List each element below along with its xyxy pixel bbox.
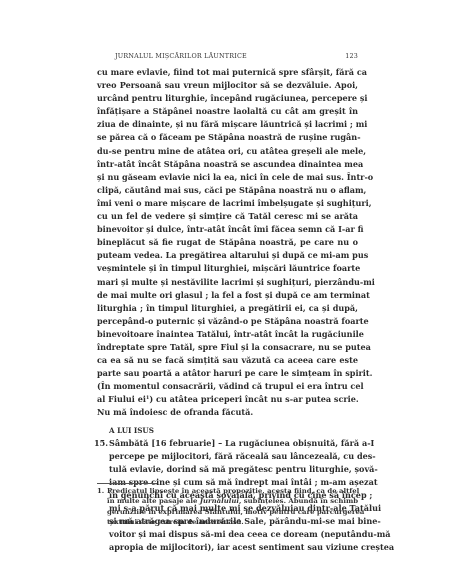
section-heading: A LUI ISUS bbox=[97, 424, 358, 437]
text-line: binevoitor și dulce, într-atât încât îmi… bbox=[97, 223, 358, 236]
text-line: îmi veni o mare mișcare de lacrimi îmbel… bbox=[97, 197, 358, 210]
running-head: JURNALUL MIȘCĂRILOR LĂUNTRICE 123 bbox=[97, 52, 358, 62]
text-line-with-footnote: al Fiului ei1) cu atâtea priceperi încât… bbox=[97, 393, 358, 406]
footnote-line: textului este extrem de anevoioasă. bbox=[97, 517, 358, 527]
text-line: cu un fel de vedere și simțire că Tatăl … bbox=[97, 210, 358, 223]
text-line: binevoitoare înaintea Tatălui, într-atât… bbox=[97, 328, 358, 341]
footnote-line: gerunziile în exprimarea Sfântului, moti… bbox=[97, 507, 358, 517]
text-line: tulă evlavie, dorind să mă pregătesc pen… bbox=[97, 463, 358, 476]
text-line: apropia de mijlocitori), iar acest senti… bbox=[97, 541, 358, 554]
text-line: percepe pe mijlocitori, fără răceală sau… bbox=[97, 450, 358, 463]
text-line: ziua de dinainte, și nu fără mișcare lău… bbox=[97, 118, 358, 131]
footnote-line: 1.Predicatul lipsește în această propozi… bbox=[97, 486, 358, 496]
text-line: urcând pentru liturghie, începând rugăci… bbox=[97, 92, 358, 105]
text-line: Nu mă îndoiesc de ofranda făcută. bbox=[97, 406, 358, 419]
body-text: cu mare evlavie, fiind tot mai puternică… bbox=[97, 66, 358, 554]
text-line: îndreptate spre Tatăl, spre Fiul și la c… bbox=[97, 341, 358, 354]
text-line: bineplăcut să fie rugat de Stăpâna noast… bbox=[97, 236, 358, 249]
text-line: se părea că o făceam pe Stăpâna noastră … bbox=[97, 131, 358, 144]
text-line: vreo Persoană sau vreun mijlocitor să se… bbox=[97, 79, 358, 92]
text-fragment: Predicatul lipsește în această propoziți… bbox=[107, 487, 359, 495]
text-line: liturghia ; în timpul liturghiei, a preg… bbox=[97, 302, 358, 315]
book-page: JURNALUL MIȘCĂRILOR LĂUNTRICE 123 cu mar… bbox=[0, 0, 452, 584]
text-line: cu mare evlavie, fiind tot mai puternică… bbox=[97, 66, 358, 79]
text-line: ca ea să nu se facă simțită sau văzută c… bbox=[97, 354, 358, 367]
entry-number: 15. bbox=[94, 437, 108, 450]
page-number: 123 bbox=[345, 52, 358, 60]
text-line: și nu găseam evlavie nici la ea, nici în… bbox=[97, 171, 358, 184]
text-line: percepând-o puternic și văzând-o pe Stăp… bbox=[97, 315, 358, 328]
text-fragment: al Fiului ei bbox=[97, 394, 146, 404]
text-line: du-se pentru mine de atâtea ori, cu atât… bbox=[97, 145, 358, 158]
text-line: de mai multe ori glasul ; la fel a fost … bbox=[97, 289, 358, 302]
text-line: într-atât încât Stăpâna noastră se ascun… bbox=[97, 158, 358, 171]
text-fragment: Sâmbătă [16 februarie] – La rugăciunea o… bbox=[109, 438, 374, 448]
text-fragment: ) cu atâtea priceperi încât nu s-ar pute… bbox=[149, 394, 358, 404]
entry-first-line: 15.Sâmbătă [16 februarie] – La rugăciune… bbox=[97, 437, 358, 450]
text-line: parte sau poartă a atâtor haruri pe care… bbox=[97, 367, 358, 380]
text-line: mari și multe și nestăvilite lacrimi și … bbox=[97, 276, 358, 289]
running-head-title: JURNALUL MIȘCĂRILOR LĂUNTRICE bbox=[115, 52, 247, 60]
footnote-line: în multe alte pasaje ale Jurnalului, sub… bbox=[97, 496, 358, 506]
text-fragment: , subînțeles. Abundă în schimb bbox=[239, 497, 358, 505]
text-fragment: în multe alte pasaje ale bbox=[107, 497, 200, 505]
text-line: clipă, căutând mai sus, căci pe Stăpâna … bbox=[97, 184, 358, 197]
italic-title: Jurnalului bbox=[200, 497, 239, 505]
text-line: veșmintele și în timpul liturghiei, mișc… bbox=[97, 262, 358, 275]
footnote-number: 1. bbox=[97, 486, 104, 496]
text-line: puteam vedea. La pregătirea altarului și… bbox=[97, 249, 358, 262]
text-line: voitor și mai dispus să-mi dea ceea ce d… bbox=[97, 528, 358, 541]
text-line: (În momentul consacrării, vădind că trup… bbox=[97, 380, 358, 393]
footnote-separator bbox=[97, 483, 157, 484]
text-line: înfățișare a Stăpânei noastre laolaltă c… bbox=[97, 105, 358, 118]
footnotes: 1.Predicatul lipsește în această propozi… bbox=[97, 486, 358, 527]
